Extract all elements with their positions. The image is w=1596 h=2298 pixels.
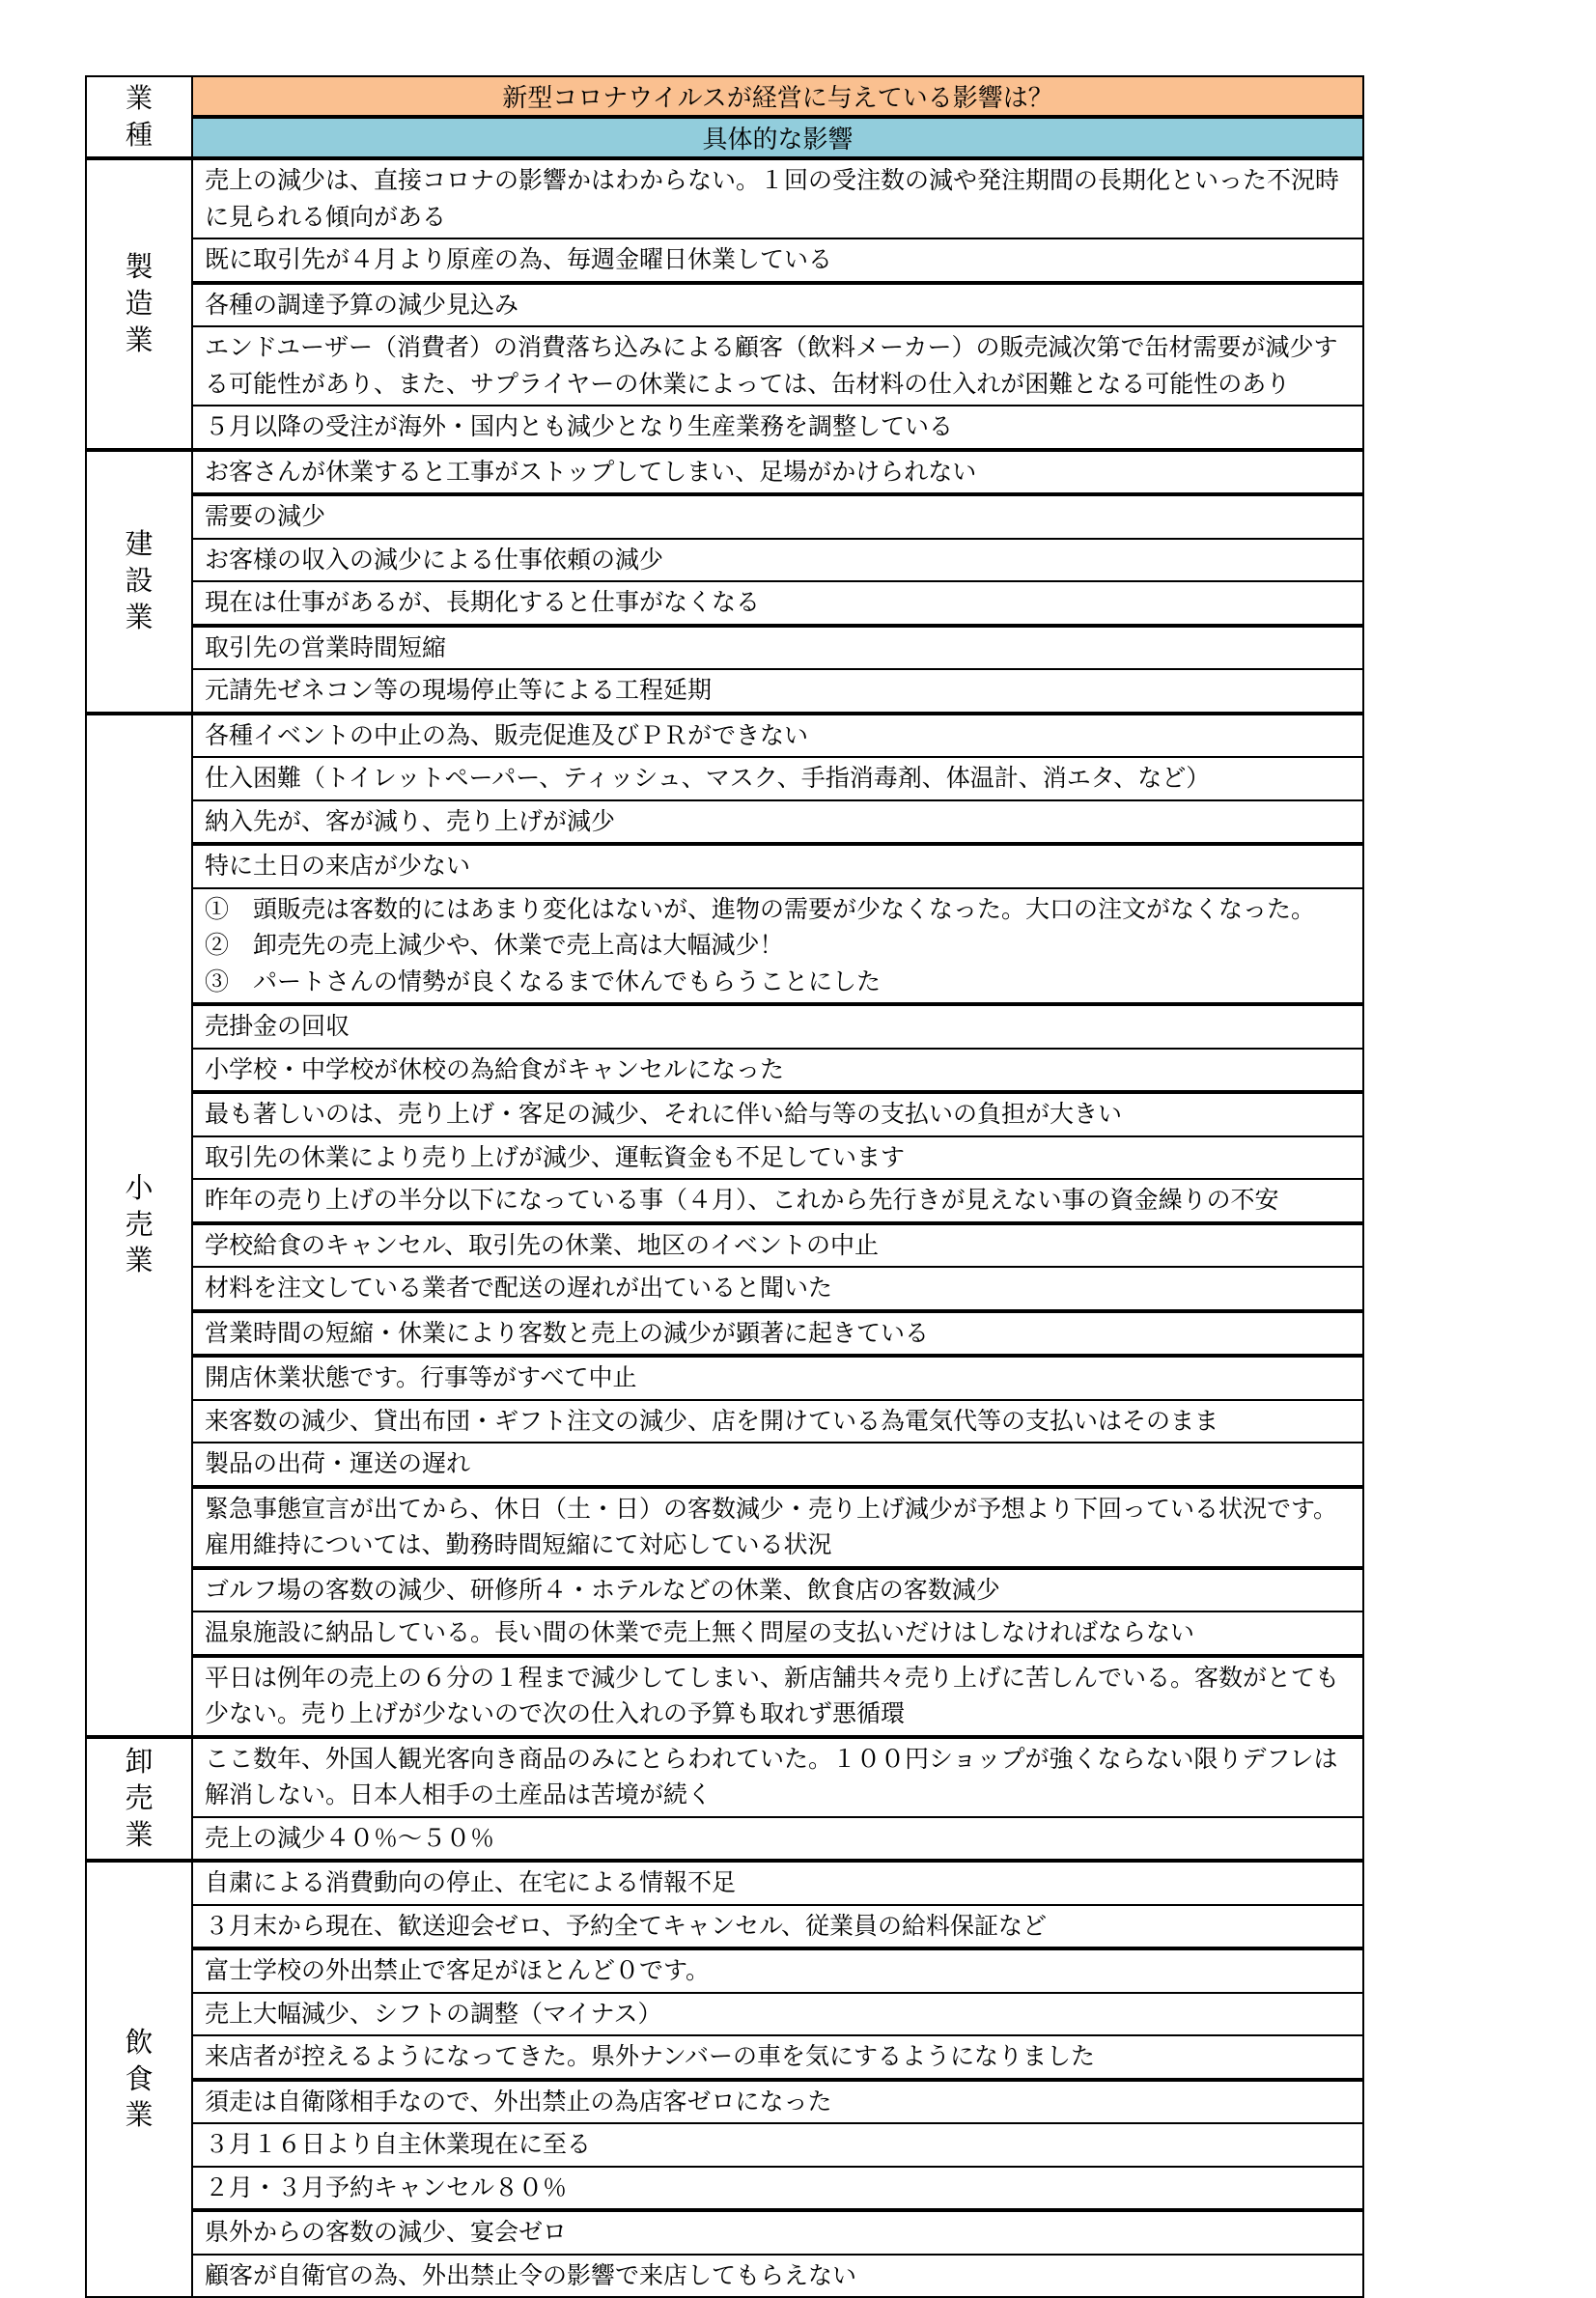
industry-label-char: 建 bbox=[125, 526, 153, 563]
impact-text: 須走は自衛隊相手なので、外出禁止の為店客ゼロになった bbox=[192, 2080, 1363, 2124]
table-row: エンドユーザー（消費者）の消費落ち込みによる顧客（飲料メーカー）の販売減次第で缶… bbox=[86, 326, 1363, 406]
impact-text-line: 売掛金の回収 bbox=[205, 1008, 1353, 1045]
table-row: 温泉施設に納品している。長い間の休業で売上無く問屋の支払いだけはしなければならな… bbox=[86, 1611, 1363, 1656]
impact-text: 需要の減少 bbox=[192, 494, 1363, 539]
table-row: 昨年の売り上げの半分以下になっている事（４月）、これから先行きが見えない事の資金… bbox=[86, 1179, 1363, 1223]
impact-text: お客さんが休業すると工事がストップしてしまい、足場がかけられない bbox=[192, 450, 1363, 495]
impact-text: 学校給食のキャンセル、取引先の休業、地区のイベントの中止 bbox=[192, 1223, 1363, 1268]
table-row: 顧客が自衛官の為、外出禁止令の影響で来店してもらえない bbox=[86, 2255, 1363, 2298]
impact-text: 特に土日の来店が少ない bbox=[192, 844, 1363, 888]
impact-text-line: 元請先ゼネコン等の現場停止等による工程延期 bbox=[205, 672, 1353, 709]
impact-text: 緊急事態宣言が出てから、休日（土・日）の客数減少・売り上げ減少が予想より下回って… bbox=[192, 1487, 1363, 1568]
table-row: 小学校・中学校が休校の為給食がキャンセルになった bbox=[86, 1049, 1363, 1093]
impact-text-line: ３月末から現在、歓送迎会ゼロ、予約全てキャンセル、従業員の給料保証など bbox=[205, 1908, 1353, 1945]
impact-text: 材料を注文している業者で配送の遅れが出ていると聞いた bbox=[192, 1267, 1363, 1311]
table-row: 売掛金の回収 bbox=[86, 1004, 1363, 1049]
industry-header-char-2: 種 bbox=[87, 117, 191, 154]
table-row: 来客数の減少、貸出布団・ギフト注文の減少、店を開けている為電気代等の支払いはその… bbox=[86, 1400, 1363, 1443]
table-row: 小売業各種イベントの中止の為、販売促進及びＰＲができない bbox=[86, 714, 1363, 758]
page: { "table": { "industry_header": "業種", "i… bbox=[0, 0, 1596, 2257]
impact-text-line: 売上大幅減少、シフトの調整（マイナス） bbox=[205, 1996, 1353, 2032]
impact-text-line: 顧客が自衛官の為、外出禁止令の影響で来店してもらえない bbox=[205, 2257, 1353, 2294]
main-header: 新型コロナウイルスが経営に与えている影響は？ bbox=[192, 76, 1363, 117]
impact-text: 自粛による消費動向の停止、在宅による情報不足 bbox=[192, 1861, 1363, 1905]
impact-text-line: 須走は自衛隊相手なので、外出禁止の為店客ゼロになった bbox=[205, 2084, 1353, 2120]
table-row: 各種の調達予算の減少見込み bbox=[86, 283, 1363, 327]
table-row: お客様の収入の減少による仕事依頼の減少 bbox=[86, 539, 1363, 582]
table-row: 建設業お客さんが休業すると工事がストップしてしまい、足場がかけられない bbox=[86, 450, 1363, 495]
impact-text-line: 各種イベントの中止の為、販売促進及びＰＲができない bbox=[205, 717, 1353, 754]
impact-text-line: 納入先が、客が減り、売り上げが減少 bbox=[205, 803, 1353, 840]
industry-label-char: 売 bbox=[125, 1207, 153, 1244]
impact-text-line: エンドユーザー（消費者）の消費落ち込みによる顧客（飲料メーカー）の販売減次第で缶… bbox=[205, 329, 1353, 402]
table-row: ① 頭販売は客数的にはあまり変化はないが、進物の需要が少なくなった。大口の注文が… bbox=[86, 888, 1363, 1005]
table-row: 富士学校の外出禁止で客足がほとんど０です。 bbox=[86, 1948, 1363, 1993]
impact-text: 県外からの客数の減少、宴会ゼロ bbox=[192, 2210, 1363, 2255]
impact-table: 業 種 新型コロナウイルスが経営に与えている影響は？ 具体的な影響 製造業売上の… bbox=[85, 75, 1364, 2298]
industry-label-char: 業 bbox=[125, 1243, 153, 1279]
impact-text-line: 現在は仕事があるが、長期化すると仕事がなくなる bbox=[205, 584, 1353, 621]
impact-text-line: ③ パートさんの情勢が良くなるまで休んでもらうことにした bbox=[205, 964, 1353, 1000]
impact-text-line: 仕入困難（トイレットペーパー、ティッシュ、マスク、手指消毒剤、体温計、消エタ、な… bbox=[205, 760, 1353, 797]
impact-text-line: 自粛による消費動向の停止、在宅による情報不足 bbox=[205, 1864, 1353, 1901]
table-row: 学校給食のキャンセル、取引先の休業、地区のイベントの中止 bbox=[86, 1223, 1363, 1268]
table-row: 既に取引先が４月より原産の為、毎週金曜日休業している bbox=[86, 238, 1363, 283]
table-row: 平日は例年の売上の６分の１程まで減少してしまい、新店舗共々売り上げに苦しんでいる… bbox=[86, 1656, 1363, 1737]
impact-text: 温泉施設に納品している。長い間の休業で売上無く問屋の支払いだけはしなければならな… bbox=[192, 1611, 1363, 1656]
impact-text-line: 既に取引先が４月より原産の為、毎週金曜日休業している bbox=[205, 241, 1353, 278]
table-row: ２月・３月予約キャンセル８０％ bbox=[86, 2167, 1363, 2211]
table-body: 業 種 新型コロナウイルスが経営に与えている影響は？ 具体的な影響 製造業売上の… bbox=[86, 76, 1363, 2297]
impact-text: ① 頭販売は客数的にはあまり変化はないが、進物の需要が少なくなった。大口の注文が… bbox=[192, 888, 1363, 1005]
impact-text-line: 温泉施設に納品している。長い間の休業で売上無く問屋の支払いだけはしなければならな… bbox=[205, 1614, 1353, 1651]
impact-text-line: 昨年の売り上げの半分以下になっている事（４月）、これから先行きが見えない事の資金… bbox=[205, 1182, 1353, 1219]
industry-label-char: 業 bbox=[125, 1817, 153, 1854]
impact-text-line: ゴルフ場の客数の減少、研修所４・ホテルなどの休業、飲食店の客数減少 bbox=[205, 1572, 1353, 1609]
impact-text-line: ２月・３月予約キャンセル８０％ bbox=[205, 2170, 1353, 2206]
impact-table-container: 業 種 新型コロナウイルスが経営に与えている影響は？ 具体的な影響 製造業売上の… bbox=[85, 75, 1364, 2298]
industry-label-char: 業 bbox=[125, 2097, 153, 2134]
table-row: 元請先ゼネコン等の現場停止等による工程延期 bbox=[86, 669, 1363, 714]
industry-label: 製造業 bbox=[86, 158, 192, 450]
impact-text: 各種の調達予算の減少見込み bbox=[192, 283, 1363, 327]
impact-text-line: 小学校・中学校が休校の為給食がキャンセルになった bbox=[205, 1051, 1353, 1088]
table-row: 卸売業ここ数年、外国人観光客向き商品のみにとらわれていた。１００円ショップが強く… bbox=[86, 1737, 1363, 1817]
impact-text: ５月以降の受注が海外・国内とも減少となり生産業務を調整している bbox=[192, 406, 1363, 450]
industry-label: 小売業 bbox=[86, 714, 192, 1737]
table-row: 売上の減少４０％～５０％ bbox=[86, 1817, 1363, 1862]
impact-text: 売掛金の回収 bbox=[192, 1004, 1363, 1049]
impact-text: 既に取引先が４月より原産の為、毎週金曜日休業している bbox=[192, 238, 1363, 283]
impact-text: 最も著しいのは、売り上げ・客足の減少、それに伴い給与等の支払いの負担が大きい bbox=[192, 1092, 1363, 1136]
header-row-2: 具体的な影響 bbox=[86, 117, 1363, 158]
impact-text-line: 緊急事態宣言が出てから、休日（土・日）の客数減少・売り上げ減少が予想より下回って… bbox=[205, 1491, 1353, 1563]
impact-text-line: ５月以降の受注が海外・国内とも減少となり生産業務を調整している bbox=[205, 408, 1353, 445]
table-row: 現在は仕事があるが、長期化すると仕事がなくなる bbox=[86, 581, 1363, 626]
impact-text-line: 県外からの客数の減少、宴会ゼロ bbox=[205, 2214, 1353, 2251]
impact-text: 現在は仕事があるが、長期化すると仕事がなくなる bbox=[192, 581, 1363, 626]
table-row: 取引先の休業により売り上げが減少、運転資金も不足しています bbox=[86, 1136, 1363, 1180]
table-row: 来店者が控えるようになってきた。県外ナンバーの車を気にするようになりました bbox=[86, 2035, 1363, 2080]
industry-label-char: 造 bbox=[125, 286, 153, 322]
table-row: 開店休業状態です。行事等がすべて中止 bbox=[86, 1356, 1363, 1400]
table-row: 飲食業自粛による消費動向の停止、在宅による情報不足 bbox=[86, 1861, 1363, 1905]
table-row: 県外からの客数の減少、宴会ゼロ bbox=[86, 2210, 1363, 2255]
impact-text-line: 取引先の休業により売り上げが減少、運転資金も不足しています bbox=[205, 1139, 1353, 1176]
impact-text: 仕入困難（トイレットペーパー、ティッシュ、マスク、手指消毒剤、体温計、消エタ、な… bbox=[192, 757, 1363, 800]
table-row: 納入先が、客が減り、売り上げが減少 bbox=[86, 800, 1363, 845]
industry-label-char: 小 bbox=[125, 1170, 153, 1207]
impact-text-line: ３月１６日より自主休業現在に至る bbox=[205, 2126, 1353, 2163]
table-row: 製造業売上の減少は、直接コロナの影響かはわからない。１回の受注数の減や発注期間の… bbox=[86, 158, 1363, 238]
table-row: 特に土日の来店が少ない bbox=[86, 844, 1363, 888]
table-row: 最も著しいのは、売り上げ・客足の減少、それに伴い給与等の支払いの負担が大きい bbox=[86, 1092, 1363, 1136]
impact-text: 来客数の減少、貸出布団・ギフト注文の減少、店を開けている為電気代等の支払いはその… bbox=[192, 1400, 1363, 1443]
table-row: 材料を注文している業者で配送の遅れが出ていると聞いた bbox=[86, 1267, 1363, 1311]
impact-text: 小学校・中学校が休校の為給食がキャンセルになった bbox=[192, 1049, 1363, 1093]
impact-text-line: 学校給食のキャンセル、取引先の休業、地区のイベントの中止 bbox=[205, 1227, 1353, 1264]
table-row: 需要の減少 bbox=[86, 494, 1363, 539]
impact-text: お客様の収入の減少による仕事依頼の減少 bbox=[192, 539, 1363, 582]
impact-text-line: 最も著しいのは、売り上げ・客足の減少、それに伴い給与等の支払いの負担が大きい bbox=[205, 1096, 1353, 1133]
table-row: ３月１６日より自主休業現在に至る bbox=[86, 2123, 1363, 2167]
impact-text: ここ数年、外国人観光客向き商品のみにとらわれていた。１００円ショップが強くならな… bbox=[192, 1737, 1363, 1817]
impact-text-line: 開店休業状態です。行事等がすべて中止 bbox=[205, 1359, 1353, 1396]
table-row: ゴルフ場の客数の減少、研修所４・ホテルなどの休業、飲食店の客数減少 bbox=[86, 1568, 1363, 1612]
impact-text: 来店者が控えるようになってきた。県外ナンバーの車を気にするようになりました bbox=[192, 2035, 1363, 2080]
industry-label-char: 売 bbox=[125, 1780, 153, 1817]
industry-label: 卸売業 bbox=[86, 1737, 192, 1862]
impact-text-line: 営業時間の短縮・休業により客数と売上の減少が顕著に起きている bbox=[205, 1315, 1353, 1352]
impact-text: 取引先の営業時間短縮 bbox=[192, 626, 1363, 670]
impact-text-line: ② 卸売先の売上減少や、休業で売上高は大幅減少！ bbox=[205, 927, 1353, 964]
table-row: 須走は自衛隊相手なので、外出禁止の為店客ゼロになった bbox=[86, 2080, 1363, 2124]
impact-text: 平日は例年の売上の６分の１程まで減少してしまい、新店舗共々売り上げに苦しんでいる… bbox=[192, 1656, 1363, 1737]
impact-text-line: 特に土日の来店が少ない bbox=[205, 848, 1353, 884]
table-row: ５月以降の受注が海外・国内とも減少となり生産業務を調整している bbox=[86, 406, 1363, 450]
impact-text-line: 売上の減少は、直接コロナの影響かはわからない。１回の受注数の減や発注期間の長期化… bbox=[205, 162, 1353, 235]
table-row: 売上大幅減少、シフトの調整（マイナス） bbox=[86, 1993, 1363, 2036]
industry-column-header: 業 種 bbox=[86, 76, 192, 158]
industry-label-char: 食 bbox=[125, 2061, 153, 2098]
table-row: 営業時間の短縮・休業により客数と売上の減少が顕著に起きている bbox=[86, 1311, 1363, 1357]
impact-text: 取引先の休業により売り上げが減少、運転資金も不足しています bbox=[192, 1136, 1363, 1180]
industry-label-char: 業 bbox=[125, 322, 153, 359]
impact-text: 製品の出荷・運送の遅れ bbox=[192, 1443, 1363, 1487]
impact-text-line: 材料を注文している業者で配送の遅れが出ていると聞いた bbox=[205, 1270, 1353, 1306]
table-row: 仕入困難（トイレットペーパー、ティッシュ、マスク、手指消毒剤、体温計、消エタ、な… bbox=[86, 757, 1363, 800]
impact-text-line: 製品の出荷・運送の遅れ bbox=[205, 1445, 1353, 1482]
impact-text: 昨年の売り上げの半分以下になっている事（４月）、これから先行きが見えない事の資金… bbox=[192, 1179, 1363, 1223]
impact-text-line: お客様の収入の減少による仕事依頼の減少 bbox=[205, 542, 1353, 578]
industry-label-char: 飲 bbox=[125, 2025, 153, 2061]
impact-text-line: 平日は例年の売上の６分の１程まで減少してしまい、新店舗共々売り上げに苦しんでいる… bbox=[205, 1660, 1353, 1732]
impact-text: 元請先ゼネコン等の現場停止等による工程延期 bbox=[192, 669, 1363, 714]
industry-label-char: 設 bbox=[125, 563, 153, 600]
impact-text: 営業時間の短縮・休業により客数と売上の減少が顕著に起きている bbox=[192, 1311, 1363, 1357]
industry-label-char: 業 bbox=[125, 600, 153, 636]
impact-text: 各種イベントの中止の為、販売促進及びＰＲができない bbox=[192, 714, 1363, 758]
impact-text-line: 売上の減少４０％～５０％ bbox=[205, 1820, 1353, 1857]
impact-text-line: お客さんが休業すると工事がストップしてしまい、足場がかけられない bbox=[205, 454, 1353, 490]
table-row: 製品の出荷・運送の遅れ bbox=[86, 1443, 1363, 1487]
impact-text: ゴルフ場の客数の減少、研修所４・ホテルなどの休業、飲食店の客数減少 bbox=[192, 1568, 1363, 1612]
impact-text: 売上大幅減少、シフトの調整（マイナス） bbox=[192, 1993, 1363, 2036]
impact-text: エンドユーザー（消費者）の消費落ち込みによる顧客（飲料メーカー）の販売減次第で缶… bbox=[192, 326, 1363, 406]
impact-text: ３月１６日より自主休業現在に至る bbox=[192, 2123, 1363, 2167]
impact-text: ３月末から現在、歓送迎会ゼロ、予約全てキャンセル、従業員の給料保証など bbox=[192, 1905, 1363, 1949]
impact-text-line: ここ数年、外国人観光客向き商品のみにとらわれていた。１００円ショップが強くならな… bbox=[205, 1741, 1353, 1813]
impact-text: 開店休業状態です。行事等がすべて中止 bbox=[192, 1356, 1363, 1400]
impact-text-line: ① 頭販売は客数的にはあまり変化はないが、進物の需要が少なくなった。大口の注文が… bbox=[205, 891, 1353, 928]
impact-text: 売上の減少は、直接コロナの影響かはわからない。１回の受注数の減や発注期間の長期化… bbox=[192, 158, 1363, 238]
impact-text: 納入先が、客が減り、売り上げが減少 bbox=[192, 800, 1363, 845]
impact-text: 顧客が自衛官の為、外出禁止令の影響で来店してもらえない bbox=[192, 2255, 1363, 2298]
industry-label-char: 卸 bbox=[125, 1744, 153, 1780]
impact-text-line: 来店者が控えるようになってきた。県外ナンバーの車を気にするようになりました bbox=[205, 2038, 1353, 2075]
impact-text-line: 来客数の減少、貸出布団・ギフト注文の減少、店を開けている為電気代等の支払いはその… bbox=[205, 1403, 1353, 1440]
impact-text: ２月・３月予約キャンセル８０％ bbox=[192, 2167, 1363, 2211]
impact-text-line: 需要の減少 bbox=[205, 498, 1353, 535]
header-row-1: 業 種 新型コロナウイルスが経営に与えている影響は？ bbox=[86, 76, 1363, 117]
impact-text-line: 各種の調達予算の減少見込み bbox=[205, 287, 1353, 323]
table-row: 緊急事態宣言が出てから、休日（土・日）の客数減少・売り上げ減少が予想より下回って… bbox=[86, 1487, 1363, 1568]
impact-text-line: 取引先の営業時間短縮 bbox=[205, 630, 1353, 666]
table-row: 取引先の営業時間短縮 bbox=[86, 626, 1363, 670]
industry-label: 飲食業 bbox=[86, 1861, 192, 2297]
impact-text-line: 富士学校の外出禁止で客足がほとんど０です。 bbox=[205, 1952, 1353, 1989]
industry-label-char: 製 bbox=[125, 249, 153, 286]
industry-label: 建設業 bbox=[86, 450, 192, 714]
impact-text: 富士学校の外出禁止で客足がほとんど０です。 bbox=[192, 1948, 1363, 1993]
industry-header-char-1: 業 bbox=[87, 80, 191, 117]
table-row: ３月末から現在、歓送迎会ゼロ、予約全てキャンセル、従業員の給料保証など bbox=[86, 1905, 1363, 1949]
sub-header: 具体的な影響 bbox=[192, 117, 1363, 158]
impact-text: 売上の減少４０％～５０％ bbox=[192, 1817, 1363, 1862]
